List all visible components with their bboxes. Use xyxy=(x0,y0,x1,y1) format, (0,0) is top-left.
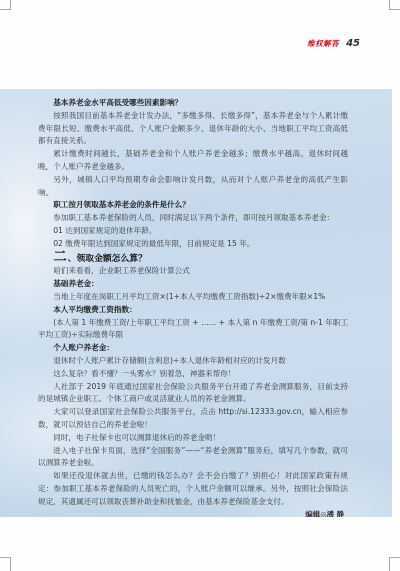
article-panel: 基本养老金水平高低受哪些因素影响？ 按照我国目前基本养老金计发办法，“多缴多得、… xyxy=(0,89,392,517)
running-head: 维权解答 45 xyxy=(307,38,360,49)
paragraph: 人社部于 2019 年底通过国家社会保险公共服务平台开通了养老金测算服务，目前支… xyxy=(38,381,348,407)
page-number: 45 xyxy=(346,38,360,49)
paragraph: 这么复杂？看不懂？一头雾水？别着急，神器来帮你！ xyxy=(38,368,348,381)
question-heading-factors: 基本养老金水平高低受哪些因素影响？ xyxy=(38,97,348,110)
paragraph: 如果还没退休就去世，已缴的钱怎么办？会不会白缴了？别担心！对此国家政策有规定：参… xyxy=(38,470,348,508)
paragraph: 同时，电子社保卡也可以测算退休后的养老金哟！ xyxy=(38,432,348,445)
editor-credit: 编辑◎潘 静 xyxy=(38,509,348,518)
crop-mark-bottom-left xyxy=(0,557,11,571)
paragraph: 按照我国目前基本养老金计发办法，“多缴多得、长缴多得”，基本养老金与个人累计缴费… xyxy=(38,110,348,148)
column-label: 维权解答 xyxy=(307,38,339,49)
article-body: 基本养老金水平高低受哪些因素影响？ 按照我国目前基本养老金计发办法，“多缴多得、… xyxy=(38,97,348,517)
numbered-item: 01 达到国家规定的退休年龄。 xyxy=(38,225,348,238)
paragraph: 累计缴费时间越长，基础养老金和个人账户养老金越多；缴费水平越高、退休时间越晚，个… xyxy=(38,148,348,174)
paragraph: 咱们来看看，企业职工养老保险计算公式 xyxy=(38,265,348,278)
formula-text: (本人第 1 年缴费工资/上年职工平均工资 + …… + 本人第 n 年缴费工资… xyxy=(38,317,348,343)
section-title: 、领取金额怎么算？ xyxy=(68,254,147,264)
numbered-item: 02 缴费年限达到国家规定的最低年限，目前规定是 15 年。 xyxy=(38,238,348,251)
formula-label: 本人平均缴费工资指数： xyxy=(38,304,348,317)
magazine-page: { "header": { "column_label": "维权解答", "p… xyxy=(0,0,400,571)
paragraph: 另外，城镇人口平均预期寿命会影响计发月数，从而对个人账户养老金的高低产生影响。 xyxy=(38,174,348,200)
paragraph: 进入电子社保卡页面，选择“全国服务”——“养老金测算”服务后，填写几个参数，就可… xyxy=(38,445,348,471)
section-heading: 二、领取金额怎么算？ xyxy=(38,251,348,266)
crop-mark-top-right xyxy=(389,0,400,10)
section-number: 二 xyxy=(53,249,68,265)
formula-text: 当地上年度在岗职工月平均工资×(1+本人平均缴费工资指数)÷2×缴费年限×1% xyxy=(38,291,348,304)
formula-text: 退休时个人账户累计存储额(含利息)÷本人退休年龄相对应的计发月数 xyxy=(38,355,348,368)
formula-label: 个人账户养老金： xyxy=(38,342,348,355)
paragraph: 参加职工基本养老保险的人员，同时满足以下两个条件，即可按月领取基本养老金： xyxy=(38,212,348,225)
crop-mark-top-left xyxy=(0,0,11,10)
formula-label: 基础养老金： xyxy=(38,278,348,291)
crop-mark-bottom-right xyxy=(389,557,400,571)
paragraph-with-url: 大家可以登录国家社会保险公共服务平台，点击 http://si.12333.go… xyxy=(38,406,348,432)
question-heading-conditions: 职工按月领取基本养老金的条件是什么？ xyxy=(38,199,348,212)
